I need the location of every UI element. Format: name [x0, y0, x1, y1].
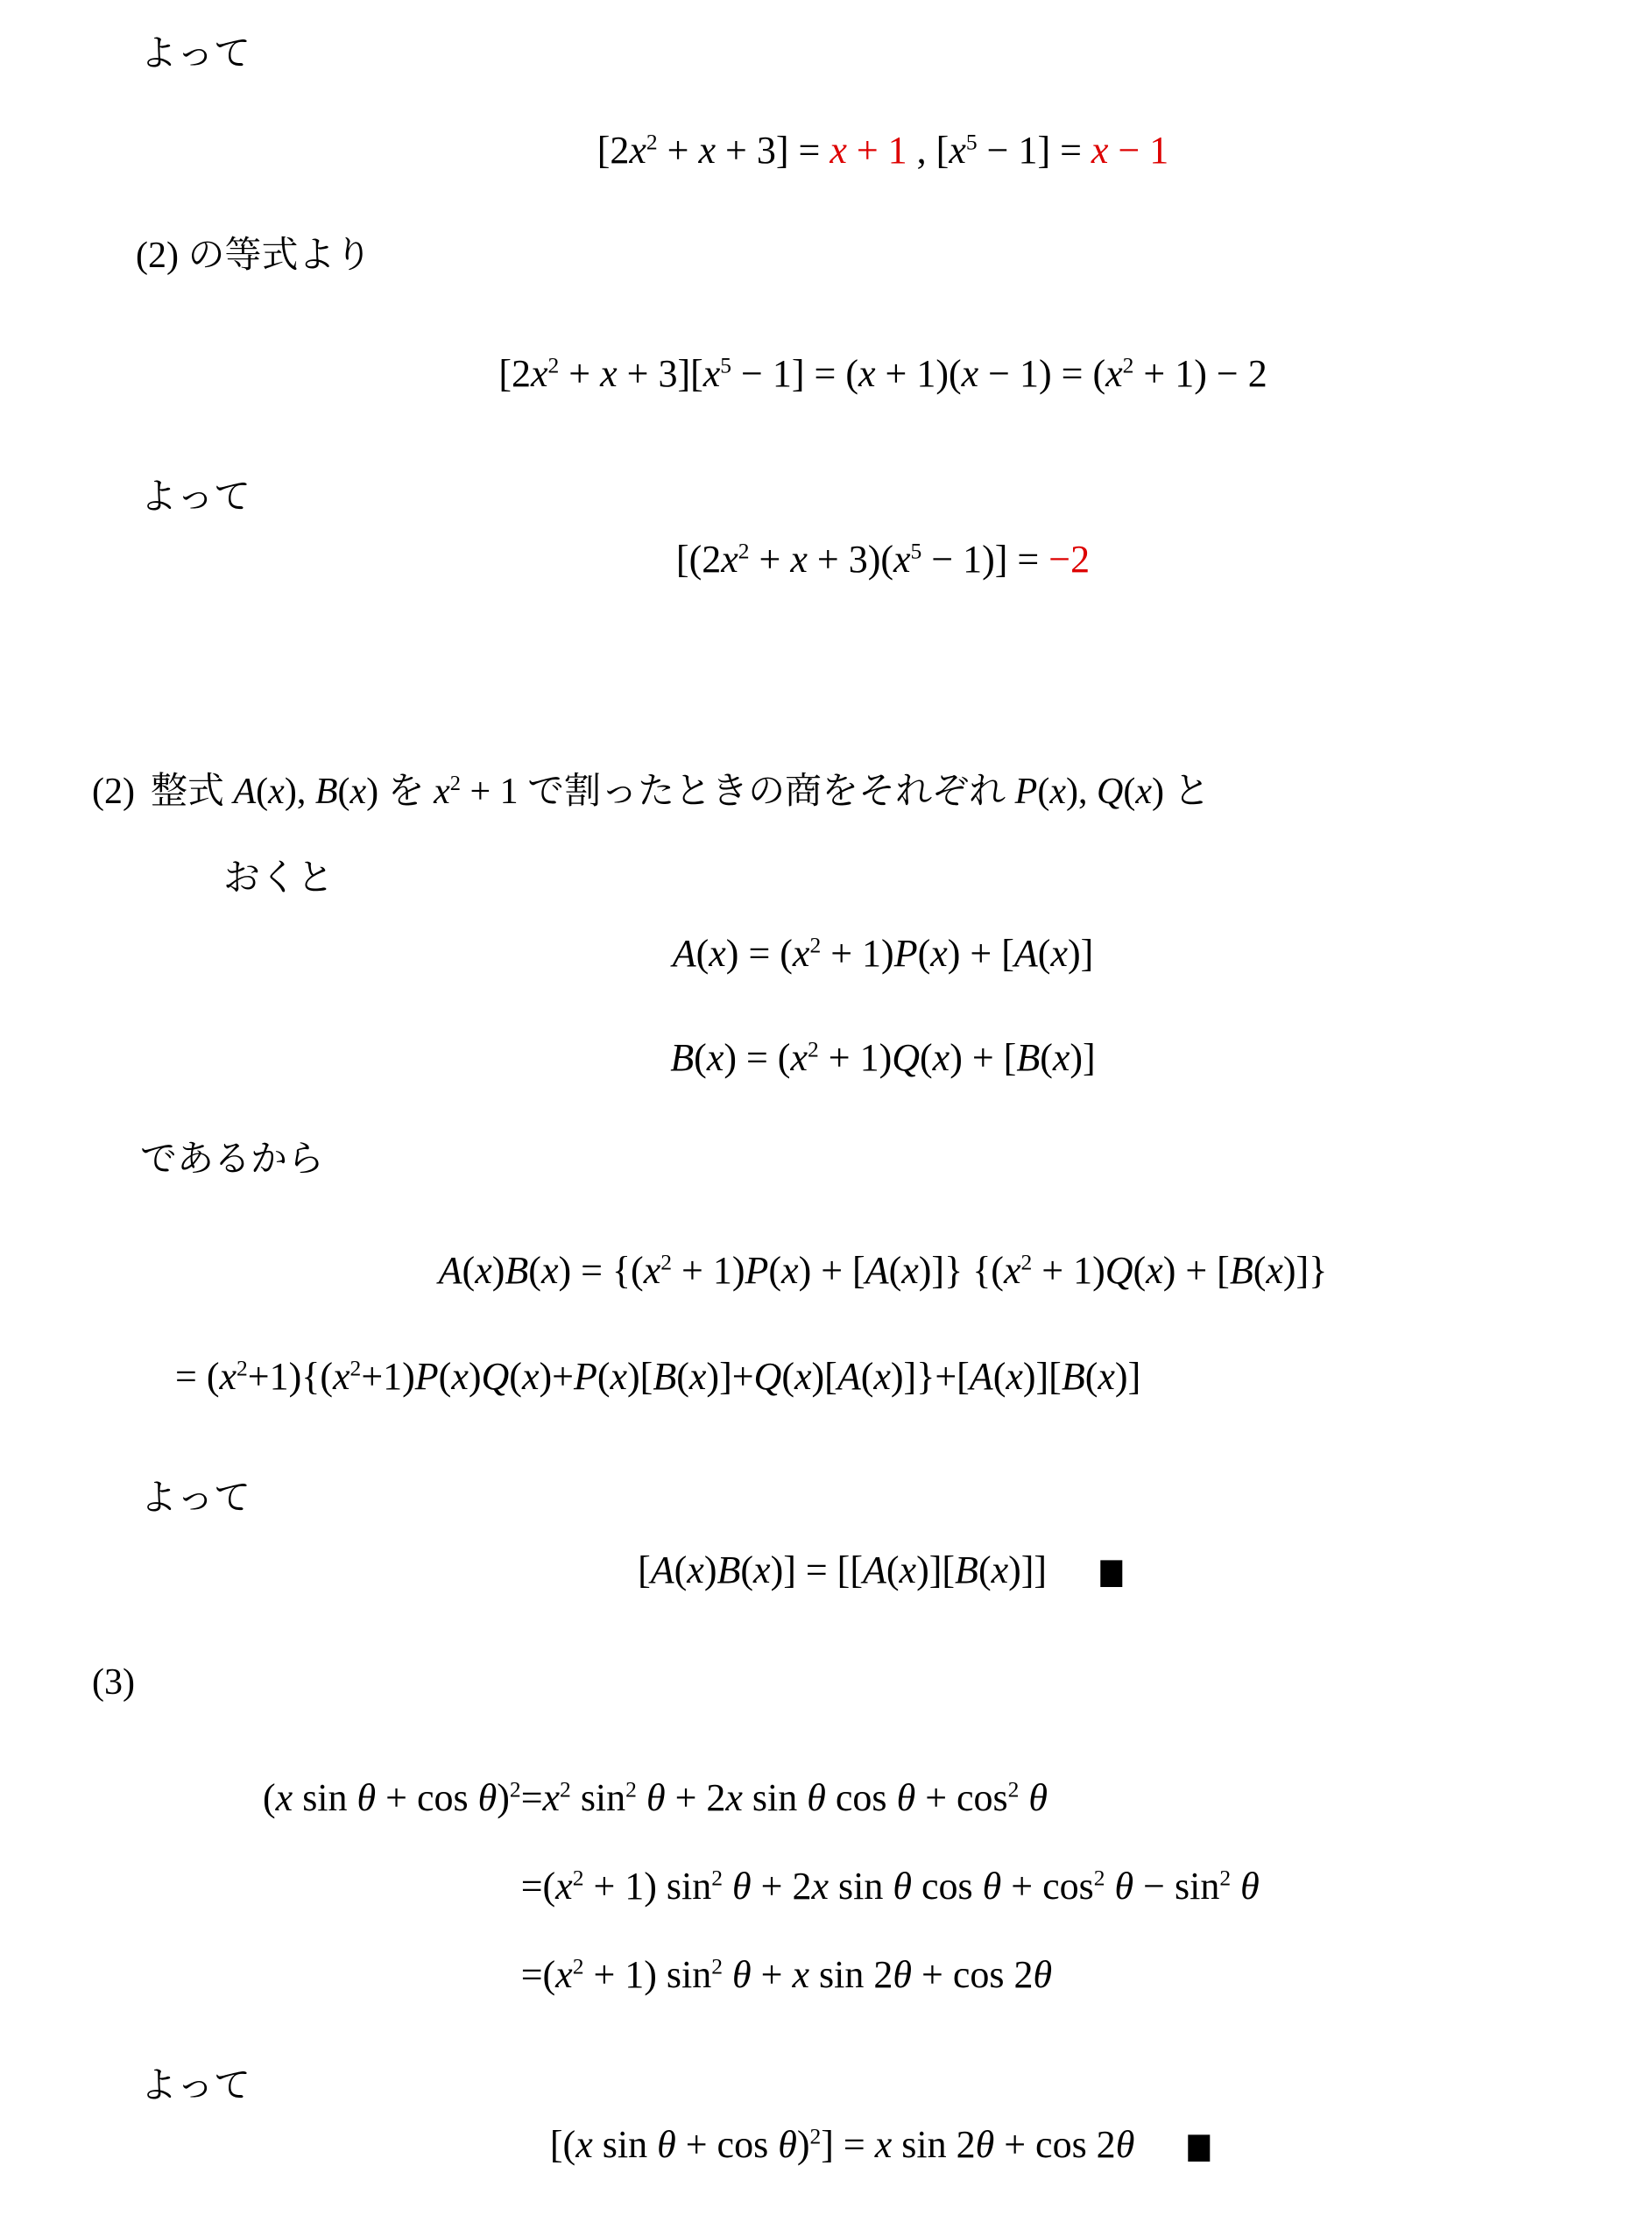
equation-AB-product-line1: A(x)B(x) = {(x2 + 1)P(x) + [A(x)]} {(x2 …	[131, 1245, 1634, 1295]
trig-rhs-line1: =x2 sin2 θ + 2x sin θ cos θ + cos2 θ	[521, 1773, 1260, 1823]
connective-yotte-4: よって	[140, 2063, 251, 2110]
trig-lhs-empty-1	[263, 1861, 521, 1911]
connective-yotte-3: よって	[140, 1476, 251, 1522]
trig-derivation-block: (x sin θ + cos θ)2 =x2 sin2 θ + 2x sin θ…	[263, 1773, 1260, 2000]
equation-final-trig-result-math: [(x sin θ + cos θ)2] = x sin 2θ + cos 2θ	[550, 2123, 1134, 2166]
equation-AB-bracket-result: [A(x)B(x)] = [[A(x)][B(x)]]■	[131, 1545, 1634, 1595]
equation-final-trig-result: [(x sin θ + cos θ)2] = x sin 2θ + cos 2θ…	[131, 2120, 1634, 2169]
item2-label: (2)	[92, 769, 135, 815]
connective-yotte-2: よって	[140, 475, 251, 521]
item2-statement-line1: 整式 A(x), B(x) を x2 + 1 で割ったときの商をそれぞれ P(x…	[151, 769, 1210, 815]
equation-B-division: B(x) = (x2 + 1)Q(x) + [B(x)]	[131, 1033, 1634, 1083]
trig-rhs-line2: =(x2 + 1) sin2 θ + 2x sin θ cos θ + cos2…	[521, 1861, 1260, 1911]
connective-dearukara: であるから	[140, 1137, 324, 1183]
line-equality-of-2: (2) の等式より	[136, 233, 371, 279]
equation-product-expansion: [2x2 + x + 3][x5 − 1] = (x + 1)(x − 1) =…	[131, 349, 1634, 399]
equation-A-division: A(x) = (x2 + 1)P(x) + [A(x)]	[131, 928, 1634, 978]
trig-rhs-line3: =(x2 + 1) sin2 θ + x sin 2θ + cos 2θ	[521, 1950, 1260, 2000]
math-solution-page: よって [2x2 + x + 3] = x + 1 , [x5 − 1] = x…	[0, 0, 1652, 2215]
trig-lhs: (x sin θ + cos θ)2	[263, 1773, 521, 1823]
equation-bracket-values: [2x2 + x + 3] = x + 1 , [x5 − 1] = x − 1	[131, 125, 1634, 175]
item3-label: (3)	[92, 1660, 135, 1706]
equation-AB-product-line2: = (x2+1){(x2+1)P(x)Q(x)+P(x)[B(x)]+Q(x)[…	[175, 1351, 1140, 1401]
equation-AB-bracket-result-math: [A(x)B(x)] = [[A(x)][B(x)]]	[638, 1548, 1047, 1591]
qed-square-icon: ■	[1098, 1548, 1125, 1594]
connective-yotte-1: よって	[140, 32, 251, 78]
item2-statement-line2: おくと	[223, 856, 334, 902]
equation-bracket-product-result: [(2x2 + x + 3)(x5 − 1)] = −2	[131, 534, 1634, 584]
qed-square-icon: ■	[1186, 2123, 1213, 2169]
trig-lhs-empty-2	[263, 1950, 521, 2000]
